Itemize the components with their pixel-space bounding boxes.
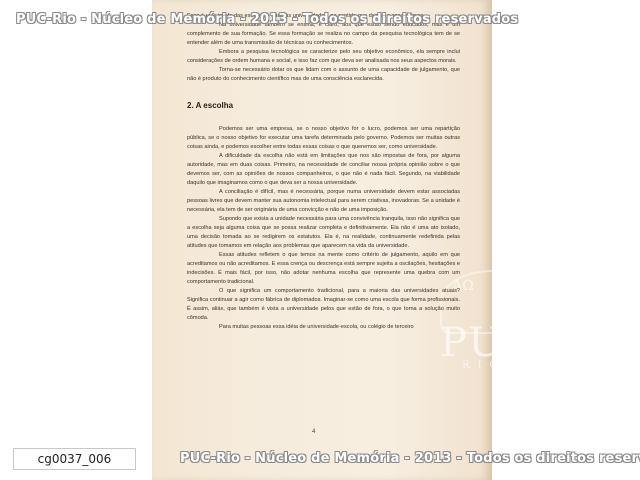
document-id-label: cg0037_006 — [13, 448, 136, 470]
page-number: 4 — [312, 429, 315, 435]
paragraph: Essas atitudes refletem o que temos na m… — [187, 251, 460, 287]
page-body: Essa é uma tarefa das escolas, e não das… — [187, 12, 460, 332]
copyright-watermark-bottom: PUC-Rio - Núcleo de Memória - 2013 - Tod… — [180, 451, 640, 466]
paragraph: A conciliação é difícil, mas é necessári… — [187, 188, 460, 215]
paragraph: Torna-se necessário dotar os que lidam c… — [187, 66, 460, 84]
seal-rio-text: RIO — [462, 360, 506, 371]
paragraph: A dificuldade da escolha não está em lim… — [187, 152, 460, 188]
paragraph: Podemos ser uma empresa, se o nosso obje… — [187, 125, 460, 152]
scanned-page: ΑΩ PUC RIO Essa é uma tarefa das escolas… — [152, 0, 492, 480]
paragraph: Embora a pesquisa tecnológica se caracte… — [187, 48, 460, 66]
section-heading: 2. A escolha — [187, 101, 460, 111]
paragraph: Supondo que exista a unidade necessária … — [187, 215, 460, 251]
paragraph: O que significa um comportamento tradici… — [187, 287, 460, 323]
copyright-watermark-top: PUC-Rio - Núcleo de Memória - 2013 - Tod… — [16, 12, 518, 27]
paragraph: Para muitas pessoas essa idéia de univer… — [187, 323, 460, 332]
